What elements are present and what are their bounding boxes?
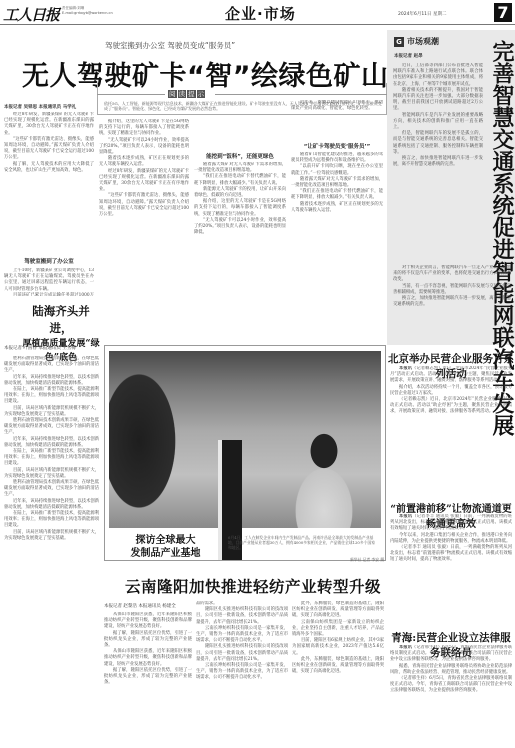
byline: 本报讯 [399,514,412,519]
newspaper-logo: 工人日报 [3,4,59,25]
paragraph: 据了解，隆阳区依托区位优势，引进了一批纺织龙头企业，形成了较为完整的产业链条。 [104,631,192,650]
paragraph: 随着技术逐步成熟，矿区正在规划更多的无人驾驶车辆投入运营。 [291,202,383,214]
paragraph: “我们正在推进电动矿卡替代燃油矿卡，能耗下降明显，排放大幅减少。”有关负责人说。 [291,189,383,201]
paragraph: 换言之，加快推进智能网联汽车进一步发展，离不开智慧交通系统的完善。 [393,156,483,168]
paragraph: 胜利石油管理局技术创新成果丰硕，在绿色低碳发展方面取得显著成效，已实现多个油田的… [4,480,99,499]
paragraph: 对于相关企业而言，智能网联汽车一旦走入产业化，其带来的将不仅是汽车产业的变革，也… [393,265,511,284]
third-byline: 本报记者 赵黎浩 本报通讯员 杨建全 [104,603,189,609]
lead-column-2: 据介绍，这里的无人驾驶矿卡是在5G网络的支持下运行的，每辆车都接入了智能调度系统… [99,119,189,337]
caption-title-line: 发制品产业基地 [118,547,213,560]
third-column-1: 从保山市隆阳区获悉，近年来隆阳区积极推动纺织产业转型升级，聚焦科技创新和品牌建设… [104,612,192,746]
commentary-body-narrow: 近日，工信部等四部门公布首批进入智能网联汽车准入和上路通行试点联合体。联合体由包… [393,63,483,263]
byline: 本报讯 [399,645,412,650]
paragraph: 随着露天煤矿对无人驾驶矿卡需求的增加，一批智能化改造项目相继落地。 [194,162,286,174]
right-article-1-body: 本报讯（记者赖志凯）近日，北京市2024年“民营企业服务月”活动正式启动。活动以… [390,366,512,478]
editor-info: 责任编辑:刘琳 E-mail:grrbqyb@workercn.cn [62,6,113,15]
editor-email: E-mail:grrbqyb@workercn.cn [62,11,113,16]
photo-credit: 新华社 记者 李安 摄 [350,557,384,563]
paragraph: 随着相关技术的不断提升，我国对于智能网联汽车的关注也进一步加强。大部分数据表明，… [393,88,483,113]
paragraph: “这些矿卡都装有激光雷达、摄像头，能感知周边环境，自动避障。”露天煤矿负责人介绍… [99,193,189,218]
lead-kicker: 驾驶室搬到办公室 驾驶员变成“服务员” [105,40,235,51]
commentary-body-wide: 对于相关企业而言，智能网联汽车一旦走入产业化，其带来的将不仅是汽车产业的变革，也… [393,265,511,341]
column-tag-label: 市场观潮 [407,37,439,46]
paragraph: “无人驾驶矿卡可以24小时作业，效率提高了约20%。”项目负责人表示，设备的能耗… [99,138,189,157]
paragraph: 近年来，该局持续推进绿色转型，以技术创新驱动发展，加快构建清洁低碳的能源体系。 [4,499,99,511]
lead-byline: 本报记者 吴铎思 本报通讯员 马学礼 [4,104,76,110]
column-logo-icon: G [394,37,404,47]
paragraph: 新能源无人驾驶矿卡的投用，让矿山开采向着绿色、低碳的方向迈进。 [194,187,286,199]
divider [97,94,165,95]
paragraph: 目前该矿已累计完成运输任务超过1000万吨。 [4,293,94,296]
headline-line: 陆海齐头并进， [22,303,100,337]
label-char: 读 [178,90,187,98]
lead-column-4: 随着矿山智能化建设的推进，越来越多的驾驶员转型成为远程操作员和设备维护员。 “以… [291,152,383,337]
paragraph: 云南保山纺织集团是一家新设立的纺织企业，企业坚持自主创新，注重人才培养，产品远销… [292,620,384,639]
paragraph: 上午10时，新疆某矿业公司调度中心，13辆无人驾驶矿卡正在运输煤炭。驾驶员坐在办… [4,268,94,293]
paragraph: 智能网联汽车是汽车产业发展的重要战略方向，相关技术的创新和推广应用一直在路上。 [393,113,483,132]
paragraph: 在陆上，该局推广新型节能技术，提高能源利用效率；在海上，则加快推进海上风电等新能… [4,449,99,468]
paragraph: 此外，东腾服装、绿色制造的基础上，隆阳区纺织企业在创新研发、质量管理等方面取得突… [292,601,384,620]
second-article-body: 胜利石油管理局技术创新成果丰硕，在绿色低碳发展方面取得显著成效，已实现多个油田的… [4,356,99,744]
byline: 本报讯 [399,366,412,371]
paragraph: 目前，该局区域内新能源装机规模不断扩大，为实现绿色发展奠定了坚实基础。 [4,530,99,542]
lead-column-3: 随着露天煤矿对无人驾驶矿卡需求的增加，一批智能化改造项目相继落地。 “我们正在推… [194,162,286,337]
paragraph: 此外，东腾服装、绿色制造的基础上，隆阳区纺织企业在创新研发、质量管理等方面取得突… [292,657,384,676]
paragraph: （记者邢生祥）6月5日，青海省民营企业法律服务联络员制度正式启动。今年，青海省工… [390,676,512,695]
paragraph: 隆阳区扎实推进纺织科技有限公司的技改项目，公司引进一批新设备，技术创新带动产品质… [196,644,288,663]
paragraph: 从保山市隆阳区获悉，近年来隆阳区积极推动纺织产业转型升级，聚焦科技创新和品牌建设… [104,649,192,668]
right-article-2-body: 本报讯（记者李丰 通讯员 张毅）日前，一列满载货物的班列从河北发出，标志着“前置… [390,514,512,626]
photo-caption: 6月4日，工人在制发企业车间内生产发制品产品。河南许昌是全球最大的发制品产业基地… [228,535,378,550]
right-article-3-body: 本报讯（记者邢生祥）6月5日，青海省民营企业法律服务联络员制度正式启动。今年，青… [390,645,512,745]
paragraph: 在陆上，该局推广新型节能技术，提高能源利用效率；在海上，则加快推进海上风电等新能… [4,511,99,530]
third-column-3: 此外，东腾服装、绿色制造的基础上，隆阳区纺织企业在创新研发、质量管理等方面取得突… [292,601,384,746]
paragraph: 近年来，该局持续推进绿色转型，以技术创新驱动发展，加快构建清洁低碳的能源体系。 [4,375,99,387]
paragraph: 胜利石油管理局技术创新成果丰硕，在绿色低碳发展方面取得显著成效，已实现多个油田的… [4,356,99,375]
paragraph: “无人驾驶矿卡可以24小时作业，效率提高了约20%。”项目负责人表示，设备的能耗… [194,218,286,237]
paragraph: 据介绍，这里的无人驾驶矿卡是在5G网络的支持下运行的，每辆车都接入了智能调度系统… [99,119,189,138]
label-char: 示 [197,90,206,98]
lead-column-4a: 近年来，新疆以建设智能矿山为抓手，推动煤炭产业向高端化、智能化、绿色化转型。 [291,100,383,138]
paragraph: “以前开矿卡风吹日晒，现在坐在办公室里就能工作。”一位驾驶员感慨道。 [291,164,383,176]
page-number: 7 [494,3,512,22]
lead-subhead-2: 能挖到“饭料”，还能更绿色 [194,152,286,160]
third-column-2: 品的需求。 隆阳区扎实推进纺织科技有限公司的技改项目，公司引进一批新设备，技术创… [196,601,288,746]
second-byline: 本报记者 叶圆春 本报通讯员 王玉梅 [4,345,76,351]
paragraph: 据了解，隆阳区依托区位优势，引进了一批纺织龙头企业，形成了较为完整的产业链条。 [104,668,192,687]
lead-column-1: 经过8年研发，新疆某煤矿的无人驾驶矿卡已经实现了规模化运营。在新疆准东煤田的露天… [4,112,94,250]
lead-subhead-1: 驾驶室搬到了办公室 [4,257,94,265]
paragraph: 目前，隆阳区有6家规上纺织企业，其中3家为国家级高新技术企业，2023年产值达5… [292,638,384,657]
divider [215,94,387,95]
photo-caption-title: 探访全球最大 发制品产业基地 [118,534,213,560]
paragraph: 从保山市隆阳区获悉，近年来隆阳区积极推动纺织产业转型升级，聚焦科技创新和品牌建设… [104,612,192,631]
paragraph: 胜利石油管理局技术创新成果丰硕，在绿色低碳发展方面取得显著成效，已实现多个油田的… [4,418,99,437]
paragraph: 据悉，青海省民营企业法律服务联络员将协助企业防范法律风险，帮助企业依法经营、规范… [390,664,512,676]
paragraph: 随着技术逐步成熟，矿区正在规划更多的无人驾驶车辆投入运营。 [99,156,189,168]
paragraph: 目前，该局区域内新能源装机规模不断扩大，为实现绿色发展奠定了坚实基础。 [4,406,99,418]
paragraph: 随着露天煤矿对无人驾驶矿卡需求的增加，一批智能化改造项目相继落地。 [291,177,383,189]
paragraph: 经过8年研发，新疆某煤矿的无人驾驶矿卡已经实现了规模化运营。在新疆准东煤田的露天… [99,169,189,194]
label-char: 提 [187,90,196,98]
section-title: 企业·市场 [225,3,296,24]
paragraph: （记者赖志凯）近日，北京市2024年“民营企业服务月”活动正式启动。活动以“助企… [390,397,512,416]
paragraph: 目前，该局区域内新能源装机规模不断扩大，为实现绿色发展奠定了坚实基础。 [4,468,99,480]
paragraph: “这些矿卡都装有激光雷达、摄像头，能感知周边环境，自动避障。”露天煤矿负责人介绍… [4,137,94,162]
paragraph: 经过8年研发，新疆某煤矿的无人驾驶矿卡已经实现了规模化运营。在新疆准东煤田的露天… [4,112,94,137]
label-char: 阅 [168,90,177,98]
news-photo [109,351,381,528]
paragraph: 今年以来，河北港口集团与相关企业合作，推进港口业务向内陆延伸，为企业提供更便捷的… [390,533,512,545]
dateline: 2024年6月11日 星期二 [398,11,446,17]
paragraph: （记者李丰 通讯员 张毅）日前，一列满载货物的班列从河北发出，标志着“前置港前移… [390,545,512,564]
reading-tips-label: 阅读提示 [168,90,206,98]
paragraph: 在陆上，该局推广新型节能技术，提高能源利用效率；在海上，则加快推进海上风电等新能… [4,387,99,406]
paragraph: 据介绍，这里的无人驾驶矿卡是在5G网络的支持下运行的，每辆车都接入了智能调度系统… [194,199,286,218]
commentary-byline: 本报记者 赵昂 [394,53,423,59]
paragraph: 随着矿山智能化建设的推进，越来越多的驾驶员转型成为远程操作员和设备维护员。 [291,152,383,164]
paragraph: “我们正在推进电动矿卡替代燃油矿卡，能耗下降明显，排放大幅减少。”有关负责人说。 [194,174,286,186]
paragraph: 当前，有一点不容忽视，智能网联汽车发展与交通系统完善相辅相成，需要统筹推进。 [393,284,511,296]
column-tag: G市场观潮 [394,36,439,47]
paragraph: 隆阳区扎实推进纺织科技有限公司的技改项目，公司引进一批新设备，技术创新带动产品质… [196,607,288,626]
third-headline: 云南隆阳加快推进轻纺产业转型升级 [125,575,381,597]
paragraph: 但是，智能网联汽车的发展不是孤立的，而是与智能交通系统的完善息息相关。智能交通系… [393,131,483,156]
paragraph: 云南长坤纺织科技有限公司是一家集开发、生产、销售为一体的高新技术企业，为了适应市… [196,663,288,682]
paragraph: 近年来，新疆以建设智能矿山为抓手，推动煤炭产业向高端化、智能化、绿色化转型。 [291,100,383,112]
paragraph: 近日，工信部等四部门公布首批进入智能网联汽车准入和上路通行试点联合体。联合体由包… [393,63,483,88]
paragraph: 据了解，无人驾驶技术的应用大大降低了安全风险，也让矿山生产更加高效、绿色。 [4,162,94,174]
caption-title-line: 探访全球最大 [118,534,213,547]
lead-subhead-3: “让矿卡驾驶员变‘服务员’” [291,142,383,150]
paragraph: 近年来，该局持续推进绿色转型，以技术创新驱动发展，加快构建清洁低碳的能源体系。 [4,437,99,449]
paragraph: 据介绍，本次活动将持续一个月，覆盖全市各区，预计服务民营企业超过1万家次。 [390,385,512,397]
lead-column-1b: 上午10时，新疆某矿业公司调度中心，13辆无人驾驶矿卡正在运输煤炭。驾驶员坐在办… [4,268,94,296]
paragraph: 云南长坤纺织科技有限公司是一家集开发、生产、销售为一体的高新技术企业，为了适应市… [196,626,288,645]
paragraph: 换言之，加快推进智能网联汽车进一步发展，离不开智慧交通系统的完善。 [393,296,511,308]
